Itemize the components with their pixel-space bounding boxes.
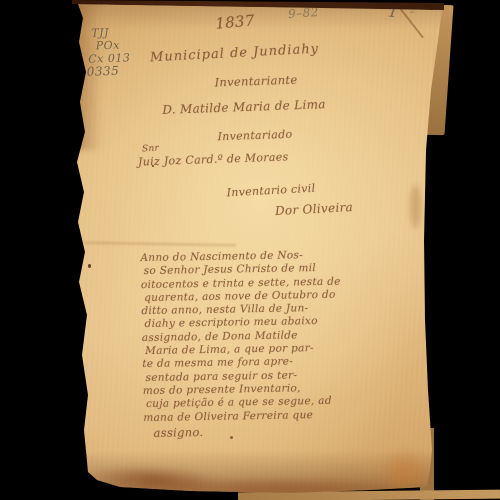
body-paragraph: Anno do Nascimento de Nos- so Senhor Jes… bbox=[140, 248, 379, 440]
archival-code-line: POx bbox=[96, 38, 131, 52]
archival-code-block: TJJ POx Cx 013 0335 bbox=[85, 25, 131, 79]
archival-code-line: 0335 bbox=[86, 64, 131, 79]
right-edge-stain bbox=[410, 185, 421, 229]
manuscript-page: TJJ POx Cx 013 0335 9–82 1 2 1837 Munici… bbox=[0, 0, 500, 500]
photo-background: TJJ POx Cx 013 0335 9–82 1 2 1837 Munici… bbox=[0, 0, 500, 500]
ink-speck bbox=[88, 264, 91, 268]
judge-prefix: Snr bbox=[142, 144, 160, 155]
